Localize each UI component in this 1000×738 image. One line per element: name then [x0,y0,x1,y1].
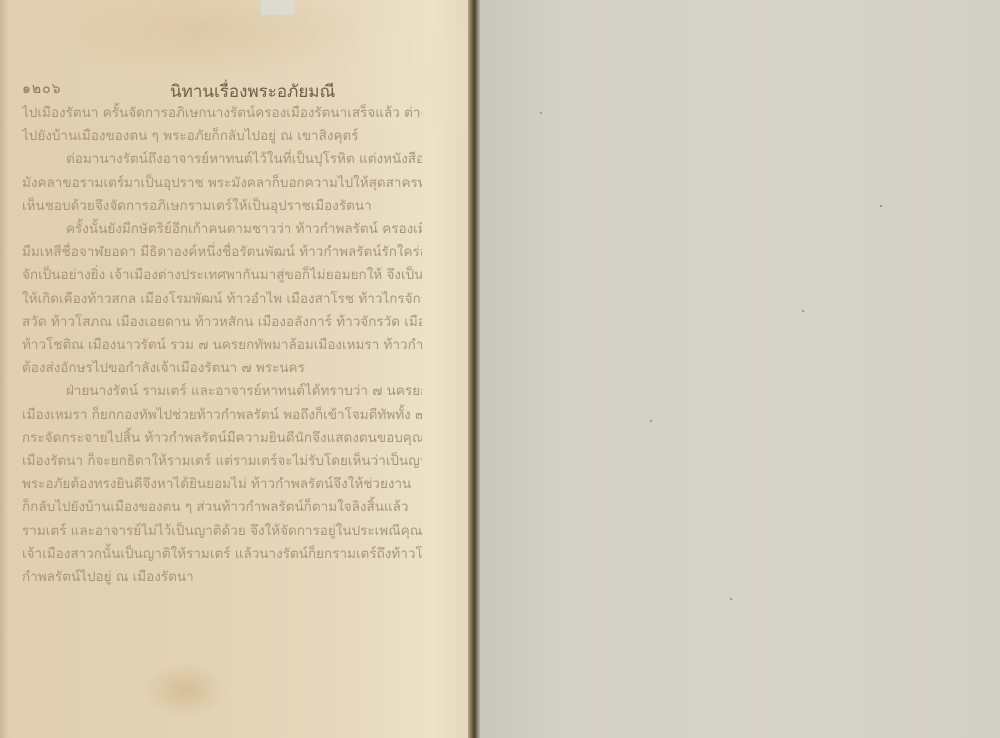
paper-speck [802,310,804,312]
running-title: นิทานเรื่องพระอภัยมณี [170,78,335,105]
paper-speck [730,598,732,600]
text-line: จักเป็นอย่างยิ่ง เจ้าเมืองต่างประเทศพากั… [22,264,422,287]
body-text: ไปเมืองรัตนา ครั้นจัดการอภิเษกนางรัตน์คร… [22,102,422,589]
text-line: ไปยังบ้านเมืองของตน ๆ พระอภัยก็กลับไปอยู… [22,125,422,148]
text-line: ครั้งนั้นยังมีกษัตริย์อีกเก้าคนตามชาวว่า… [22,218,422,241]
text-line: มังคลาขอรามเตร์มาเป็นอุปราช พระมังคลาก็บ… [22,172,422,195]
paper-speck [880,205,882,207]
right-page-blank [480,0,1000,738]
text-line: ก็กลับไปยังบ้านเมืองของตน ๆ ส่วนท้าวกำพล… [22,496,422,519]
text-line: เห็นชอบด้วยจึงจัดการอภิเษกรามเตร์ให้เป็น… [22,195,422,218]
book-gutter [468,0,480,738]
paper-speck [650,420,652,422]
paper-speck [540,112,542,114]
text-line: ต่อมานางรัตน์ถึงอาจารย์หาทนต์ไว้ในที่เป็… [22,148,422,171]
text-line: เจ้าเมืองสาวกนั้นเป็นญาติให้รามเตร์ แล้ว… [22,543,422,566]
text-line: เมืองรัตนา ก็จะยกธิดาให้รามเตร์ แต่รามเต… [22,450,422,473]
text-line: มีมเหสีชื่อจาฬยอดา มีธิดาองค์หนึ่งชื่อรั… [22,241,422,264]
text-line: กระจัดกระจายไปสิ้น ท้าวกำพลรัตน์มีความยิ… [22,427,422,450]
text-line: ต้องส่งอักษรไปขอกำลังเจ้าเมืองรัตนา ๗ พร… [22,357,422,380]
book-spread: ๑๒๐๖ นิทานเรื่องพระอภัยมณี ไปเมืองรัตนา … [0,0,1000,738]
text-line: เมืองเหมรา ก็ยกกองทัพไปช่วยท้าวกำพลรัตน์… [22,404,422,427]
text-line: ไปเมืองรัตนา ครั้นจัดการอภิเษกนางรัตน์คร… [22,102,422,125]
text-line: ฝ่ายนางรัตน์ รามเตร์ และอาจารย์หาทนต์ได้… [22,380,422,403]
tape-strip [261,0,295,15]
text-line: กำพลรัตน์ไปอยู่ ณ เมืองรัตนา [22,566,422,589]
page-number: ๑๒๐๖ [22,78,62,100]
text-line: รามเตร์ และอาจารย์ไม่ไว้เป็นญาติด้วย จึง… [22,520,422,543]
text-line: พระอภัยต้องทรงยินดีจึงหาได้ยินยอมไม่ ท้า… [22,473,422,496]
text-line: ท้าวโชติณ เมืองนาวรัตน์ รวม ๗ นครยกทัพมา… [22,334,422,357]
left-page: ๑๒๐๖ นิทานเรื่องพระอภัยมณี ไปเมืองรัตนา … [0,0,470,738]
page-header: ๑๒๐๖ นิทานเรื่องพระอภัยมณี [22,78,422,102]
text-line: สวัด ท้าวโสภณ เมืองเอยดาน ท้าวหสักน เมือ… [22,311,422,334]
text-line: ให้เกิดเคืองท้าวสกล เมืองโรมพัฒน์ ท้าวอำ… [22,288,422,311]
